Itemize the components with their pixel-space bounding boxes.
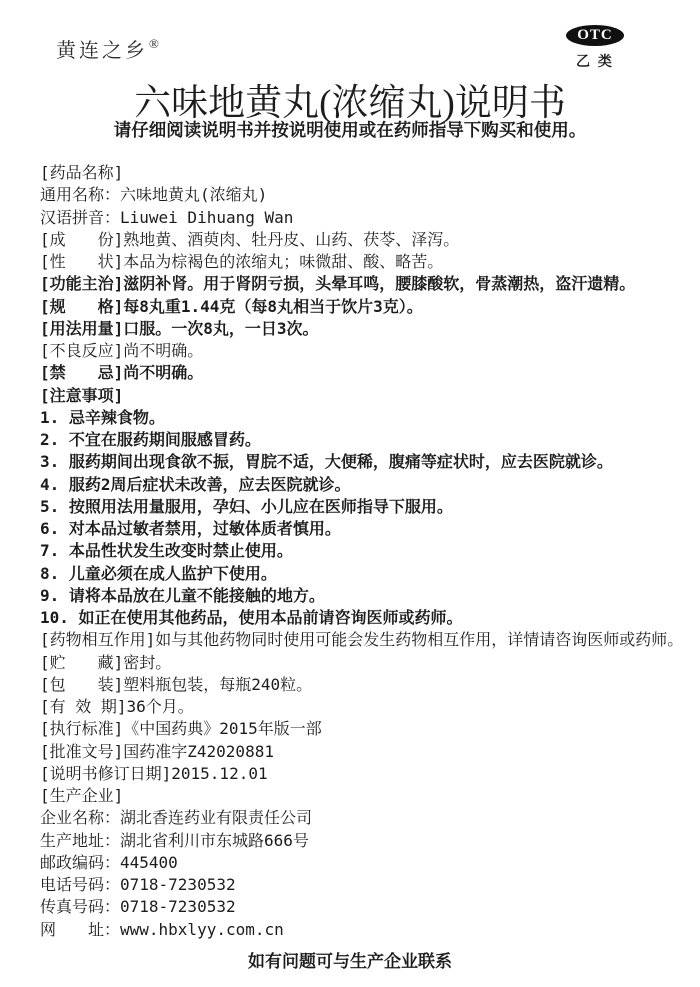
document-line: 3. 服药期间出现食欲不振，胃脘不适，大便稀，腹痛等症状时，应去医院就诊。 bbox=[40, 451, 670, 473]
document-line: [功能主治]滋阴补肾。用于肾阴亏损，头晕耳鸣，腰膝酸软，骨蒸潮热，盗汗遗精。 bbox=[40, 273, 670, 295]
document-line: 5. 按照用法用量服用，孕妇、小儿应在医师指导下服用。 bbox=[40, 496, 670, 518]
document-line: 10. 如正在使用其他药品，使用本品前请咨询医师或药师。 bbox=[40, 607, 670, 629]
otc-logo: OTC bbox=[566, 25, 624, 46]
document-line: [注意事项] bbox=[40, 385, 670, 407]
brand-logo: 黄连之乡® bbox=[56, 34, 158, 63]
document-line: 汉语拼音：Liuwei Dihuang Wan bbox=[40, 207, 670, 229]
document-line: [用法用量]口服。一次8丸，一日3次。 bbox=[40, 318, 670, 340]
document-lines: [药品名称]通用名称：六味地黄丸(浓缩丸)汉语拼音：Liuwei Dihuang… bbox=[40, 162, 670, 941]
document-line: [禁 忌]尚不明确。 bbox=[40, 362, 670, 384]
otc-category-label: 乙 类 bbox=[566, 51, 624, 71]
document-line: [包 装]塑料瓶包装，每瓶240粒。 bbox=[40, 674, 670, 696]
document-line: [规 格]每8丸重1.44克（每8丸相当于饮片3克）。 bbox=[40, 296, 670, 318]
document-line: 企业名称：湖北香连药业有限责任公司 bbox=[40, 807, 670, 829]
footer-note: 如有问题可与生产企业联系 bbox=[0, 947, 700, 972]
document-line: 传真号码：0718-7230532 bbox=[40, 896, 670, 918]
document-line: 通用名称：六味地黄丸(浓缩丸) bbox=[40, 184, 670, 206]
document-line: 4. 服药2周后症状未改善，应去医院就诊。 bbox=[40, 474, 670, 496]
document-line: [性 状]本品为棕褐色的浓缩丸；味微甜、酸、略苦。 bbox=[40, 251, 670, 273]
usage-notice: 请仔细阅读说明书并按说明使用或在药师指导下购买和使用。 bbox=[0, 117, 700, 142]
document-line: [贮 藏]密封。 bbox=[40, 652, 670, 674]
document-line: [说明书修订日期]2015.12.01 bbox=[40, 763, 670, 785]
document-line: 邮政编码：445400 bbox=[40, 852, 670, 874]
document-line: [有 效 期]36个月。 bbox=[40, 696, 670, 718]
document-line: 生产地址：湖北省利川市东城路666号 bbox=[40, 830, 670, 852]
document-line: [不良反应]尚不明确。 bbox=[40, 340, 670, 362]
leaflet-page: 黄连之乡® OTC 乙 类 六味地黄丸(浓缩丸)说明书 请仔细阅读说明书并按说明… bbox=[0, 0, 700, 987]
document-line: 网 址：www.hbxlyy.com.cn bbox=[40, 919, 670, 941]
document-line: 6. 对本品过敏者禁用，过敏体质者慎用。 bbox=[40, 518, 670, 540]
document-line: [批准文号]国药准字Z42020881 bbox=[40, 741, 670, 763]
document-line: 2. 不宜在服药期间服感冒药。 bbox=[40, 429, 670, 451]
document-line: [药物相互作用]如与其他药物同时使用可能会发生药物相互作用，详情请咨询医师或药师… bbox=[40, 629, 670, 651]
document-line: [执行标准]《中国药典》2015年版一部 bbox=[40, 718, 670, 740]
document-line: [药品名称] bbox=[40, 162, 670, 184]
document-line: 8. 儿童必须在成人监护下使用。 bbox=[40, 563, 670, 585]
document-line: 电话号码：0718-7230532 bbox=[40, 874, 670, 896]
registered-trademark-icon: ® bbox=[149, 36, 159, 51]
document-line: 1. 忌辛辣食物。 bbox=[40, 407, 670, 429]
brand-name: 黄连之乡 bbox=[56, 40, 148, 62]
document-line: [成 份]熟地黄、酒萸肉、牡丹皮、山药、茯苓、泽泻。 bbox=[40, 229, 670, 251]
otc-badge: OTC 乙 类 bbox=[566, 25, 624, 71]
document-line: [生产企业] bbox=[40, 785, 670, 807]
document-line: 9. 请将本品放在儿童不能接触的地方。 bbox=[40, 585, 670, 607]
document-line: 7. 本品性状发生改变时禁止使用。 bbox=[40, 540, 670, 562]
